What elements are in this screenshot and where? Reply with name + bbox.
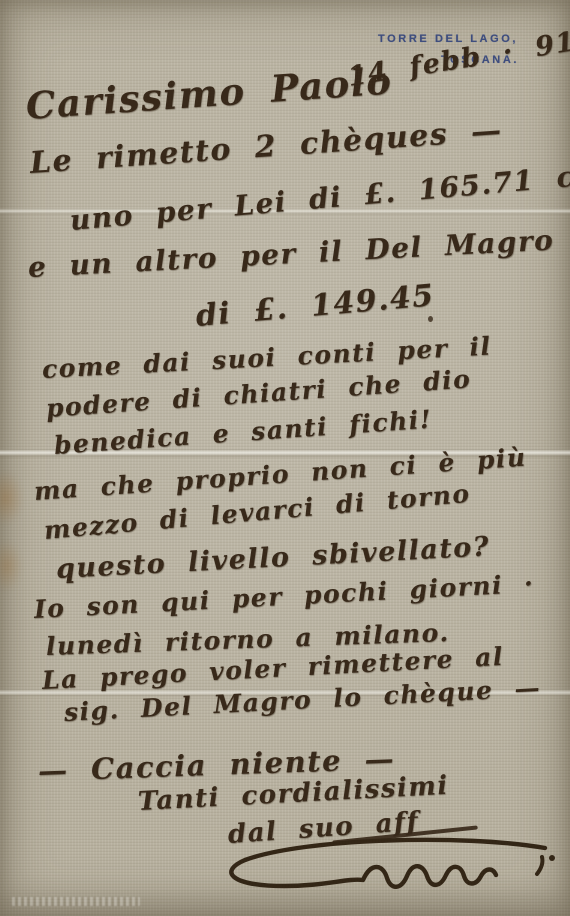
letter-line: di £. 149.45 [195, 281, 436, 332]
letter-line: e un altro per il Del Magro [27, 226, 555, 282]
paper-stain [0, 462, 30, 534]
salutation: Carissimo Paolo [25, 62, 394, 125]
ink-spot [428, 316, 433, 322]
paper-stain [0, 532, 28, 600]
letter-page: TORRE DEL LAGO, TOSCANA. 14 febb · 913 C… [0, 0, 570, 916]
embossed-stamp [12, 897, 140, 906]
signature [215, 834, 560, 912]
letter-line: Le rimetto 2 chèques — [29, 116, 503, 179]
